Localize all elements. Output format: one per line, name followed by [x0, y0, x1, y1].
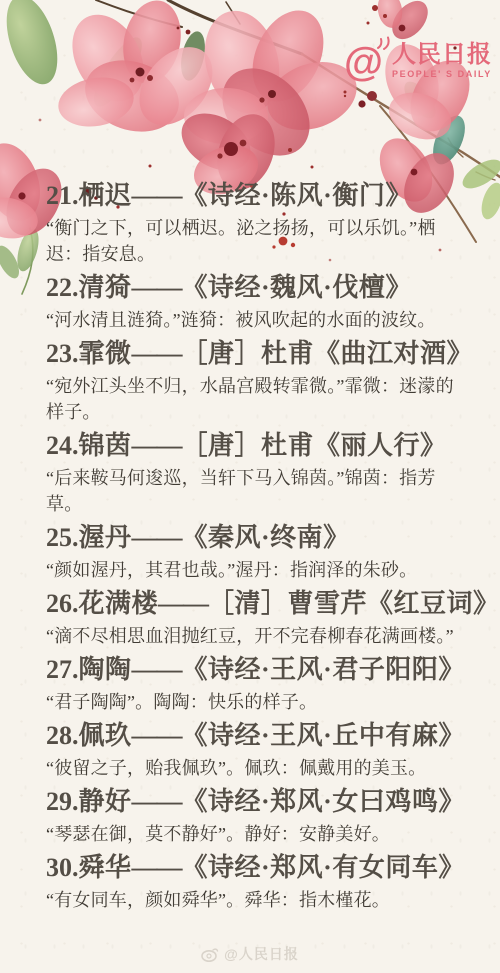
at-logo-icon: @ — [344, 40, 388, 84]
entry-heading: 28.佩玖——《诗经·王风·丘中有麻》 — [46, 721, 460, 751]
entry-number: 30. — [46, 853, 79, 882]
entry-note: “颜如渥丹，其君也哉。”渥丹：指润泽的朱砂。 — [46, 557, 460, 583]
entry-number: 22. — [46, 273, 79, 302]
entry-number: 25. — [46, 523, 79, 552]
entry-source: 《秦风·终南》 — [182, 523, 350, 552]
em-dash: —— — [132, 853, 182, 882]
entry: 23.霏微——［唐］杜甫《曲江对酒》 “宛外江头坐不归，水晶宫殿转霏微。”霏微：… — [46, 339, 460, 425]
entry-heading: 24.锦茵——［唐］杜甫《丽人行》 — [46, 431, 460, 461]
em-dash: —— — [132, 181, 182, 210]
em-dash: —— — [158, 589, 208, 618]
entry-heading: 22.清猗——《诗经·魏风·伐檀》 — [46, 273, 460, 303]
entry-word: 陶陶 — [79, 655, 132, 684]
entry-note: “有女同车，颜如舜华”。舜华：指木槿花。 — [46, 887, 460, 913]
entry: 26.花满楼——［清］曹雪芹《红豆词》 “滴不尽相思血泪抛红豆，开不完春柳春花满… — [46, 589, 460, 649]
entry-source: 《诗经·魏风·伐檀》 — [182, 273, 412, 302]
entry-note: “衡门之下，可以栖迟。泌之扬扬，可以乐饥。”栖迟：指安息。 — [46, 215, 460, 267]
entry-source: 《诗经·郑风·女曰鸡鸣》 — [182, 787, 465, 816]
entry: 28.佩玖——《诗经·王风·丘中有麻》 “彼留之子，贻我佩玖”。佩玖：佩戴用的美… — [46, 721, 460, 781]
sound-wave-icon — [376, 36, 392, 50]
entry-word: 霏微 — [79, 339, 132, 368]
entry: 29.静好——《诗经·郑风·女曰鸡鸣》 “琴瑟在御，莫不静好”。静好：安静美好。 — [46, 787, 460, 847]
entry-number: 28. — [46, 721, 79, 750]
entry-note: “河水清且涟猗。”涟猗：被风吹起的水面的波纹。 — [46, 307, 460, 333]
entry-source: 《诗经·王风·君子阳阳》 — [182, 655, 465, 684]
entry-note: “君子陶陶”。陶陶：快乐的样子。 — [46, 689, 460, 715]
entry: 22.清猗——《诗经·魏风·伐檀》 “河水清且涟猗。”涟猗：被风吹起的水面的波纹… — [46, 273, 460, 333]
entry-word: 渥丹 — [79, 523, 132, 552]
entry: 24.锦茵——［唐］杜甫《丽人行》 “后来鞍马何逡巡，当轩下马入锦茵。”锦茵：指… — [46, 431, 460, 517]
entry-heading: 21.栖迟——《诗经·陈风·衡门》 — [46, 181, 460, 211]
entry-number: 27. — [46, 655, 79, 684]
entry-heading: 27.陶陶——《诗经·王风·君子阳阳》 — [46, 655, 460, 685]
entry: 30.舜华——《诗经·郑风·有女同车》 “有女同车，颜如舜华”。舜华：指木槿花。 — [46, 853, 460, 913]
entry: 27.陶陶——《诗经·王风·君子阳阳》 “君子陶陶”。陶陶：快乐的样子。 — [46, 655, 460, 715]
entry-word: 清猗 — [79, 273, 132, 302]
watermark-text: @人民日报 — [224, 944, 299, 964]
entry-number: 24. — [46, 431, 79, 460]
entry-word: 静好 — [79, 787, 132, 816]
em-dash: —— — [132, 431, 182, 460]
logo-subtitle: PEOPLE' S DAILY — [392, 69, 492, 79]
entry-source: ［唐］杜甫《曲江对酒》 — [182, 339, 474, 368]
entry-source: 《诗经·王风·丘中有麻》 — [182, 721, 465, 750]
em-dash: —— — [132, 721, 182, 750]
entry-number: 29. — [46, 787, 79, 816]
logo-name: 人民日报 — [392, 42, 492, 68]
entry-number: 23. — [46, 339, 79, 368]
entry-number: 26. — [46, 589, 79, 618]
entry: 21.栖迟——《诗经·陈风·衡门》 “衡门之下，可以栖迟。泌之扬扬，可以乐饥。”… — [46, 181, 460, 267]
entry-heading: 25.渥丹——《秦风·终南》 — [46, 523, 460, 553]
entry-word: 佩玖 — [79, 721, 132, 750]
entry-note: “琴瑟在御，莫不静好”。静好：安静美好。 — [46, 821, 460, 847]
entry-word: 花满楼 — [79, 589, 159, 618]
bottom-watermark: @人民日报 — [0, 944, 500, 964]
em-dash: —— — [132, 523, 182, 552]
entry-source: 《诗经·郑风·有女同车》 — [182, 853, 465, 882]
entry-word: 锦茵 — [79, 431, 132, 460]
em-dash: —— — [132, 273, 182, 302]
em-dash: —— — [132, 787, 182, 816]
entry-number: 21. — [46, 181, 79, 210]
entry: 25.渥丹——《秦风·终南》 “颜如渥丹，其君也哉。”渥丹：指润泽的朱砂。 — [46, 523, 460, 583]
entry-heading: 26.花满楼——［清］曹雪芹《红豆词》 — [46, 589, 460, 619]
entry-note: “宛外江头坐不归，水晶宫殿转霏微。”霏微：迷濛的样子。 — [46, 373, 460, 425]
entry-note: “后来鞍马何逡巡，当轩下马入锦茵。”锦茵：指芳草。 — [46, 465, 460, 517]
entries-list: 21.栖迟——《诗经·陈风·衡门》 “衡门之下，可以栖迟。泌之扬扬，可以乐饥。”… — [0, 181, 500, 919]
watermark-weibo-icon — [201, 946, 219, 962]
entry-note: “彼留之子，贻我佩玖”。佩玖：佩戴用的美玉。 — [46, 755, 460, 781]
entry-source: ［清］曹雪芹《红豆词》 — [208, 589, 500, 618]
entry-heading: 23.霏微——［唐］杜甫《曲江对酒》 — [46, 339, 460, 369]
entry-word: 舜华 — [79, 853, 132, 882]
peoples-daily-logo: @ 人民日报 PEOPLE' S DAILY — [344, 40, 492, 84]
entry-note: “滴不尽相思血泪抛红豆，开不完春柳春花满画楼。” — [46, 623, 460, 649]
entry-word: 栖迟 — [79, 181, 132, 210]
em-dash: —— — [132, 339, 182, 368]
em-dash: —— — [132, 655, 182, 684]
entry-heading: 29.静好——《诗经·郑风·女曰鸡鸣》 — [46, 787, 460, 817]
entry-heading: 30.舜华——《诗经·郑风·有女同车》 — [46, 853, 460, 883]
entry-source: ［唐］杜甫《丽人行》 — [182, 431, 447, 460]
entry-source: 《诗经·陈风·衡门》 — [182, 181, 412, 210]
